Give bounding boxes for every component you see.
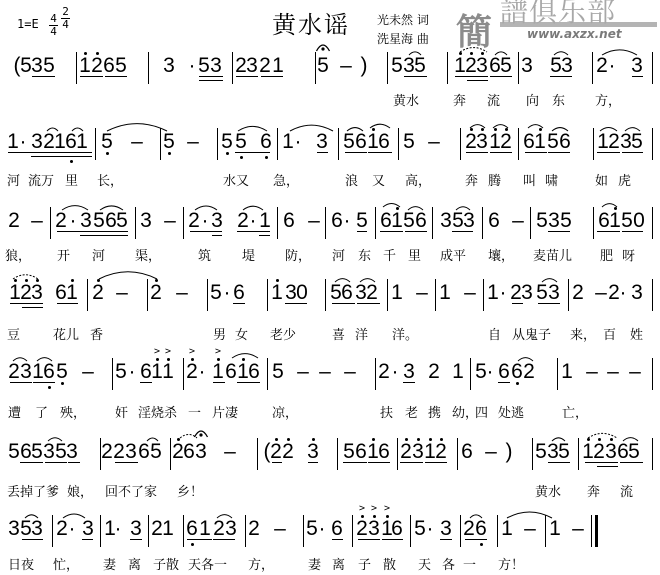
lyric-syllable: 浪	[345, 170, 358, 186]
beam-underline	[45, 462, 67, 463]
beam-underline	[525, 152, 547, 153]
beam-underline	[199, 80, 223, 81]
beam-underline	[115, 462, 138, 463]
lyric-syllable: 啸	[545, 170, 558, 186]
lyric-syllable: 散	[383, 554, 396, 570]
lyric-syllable: 凉，	[272, 402, 298, 418]
slur-arc	[470, 515, 482, 518]
lyric-syllable: 殃，	[60, 402, 86, 418]
slur-arc	[456, 207, 470, 210]
lyric-syllable: 方，	[595, 90, 621, 106]
lyric-syllable: 黄水	[393, 90, 419, 106]
lyric-syllable: 急，	[273, 170, 299, 186]
slur-arc	[147, 438, 158, 441]
octave-dot-low	[240, 156, 243, 159]
lyric-syllable: 壤，	[488, 245, 514, 261]
lyricist-credit: 光未然 词	[377, 11, 429, 28]
lyric-syllable: 奔	[587, 481, 600, 497]
slur-arc	[625, 128, 640, 131]
beam-underline	[199, 76, 223, 77]
beam-underline	[233, 303, 245, 304]
lyric-syllable: 一	[463, 554, 476, 570]
octave-dot-low	[480, 543, 483, 546]
key-signature: 1=E	[17, 17, 39, 31]
lyric-syllable: 东	[552, 90, 565, 106]
beam-underline	[425, 462, 447, 463]
beam-underline	[620, 462, 643, 463]
slur-arc	[99, 272, 157, 279]
lyric-syllable: 长，	[97, 170, 123, 186]
octave-dot-low	[106, 152, 109, 155]
lyric-syllable: 扶	[380, 402, 393, 418]
beam-underline	[490, 152, 512, 153]
beam-underline	[235, 152, 270, 153]
slur-layer	[0, 34, 660, 74]
lyric-syllable: 子散	[153, 554, 179, 570]
beam-underline	[57, 231, 128, 232]
lyric-syllable: 处逃	[498, 402, 524, 418]
beam-underline	[403, 382, 415, 383]
beam-underline	[259, 235, 270, 236]
beam-underline	[10, 303, 43, 304]
lyric-syllable: 方！	[498, 554, 524, 570]
lyric-syllable: 狼，	[5, 245, 31, 261]
beam-underline	[82, 539, 93, 540]
beam-underline	[548, 462, 570, 463]
slur-arc	[542, 279, 557, 282]
beam-underline	[585, 462, 618, 463]
slur-arc	[347, 128, 363, 131]
beam-underline	[20, 462, 43, 463]
lyric-syllable: 喜	[332, 324, 345, 340]
slur-arc	[47, 128, 58, 131]
lyric-syllable: 日夜	[8, 554, 34, 570]
lyric-syllable: 花儿	[53, 324, 79, 340]
beam-underline	[440, 539, 452, 540]
slur-arc	[238, 126, 267, 131]
octave-dot-low	[61, 382, 64, 385]
slur-arc	[370, 124, 390, 128]
lyric-syllable: 老少	[270, 324, 296, 340]
lyric-syllable: 向	[526, 90, 539, 106]
beam-underline	[538, 303, 560, 304]
lyric-syllable: 姓	[630, 324, 643, 340]
beam-underline	[237, 382, 260, 383]
beam-underline	[272, 462, 282, 463]
slur-arc	[554, 52, 568, 55]
octave-dot-low	[168, 152, 171, 155]
beam-underline	[285, 303, 307, 304]
lyric-syllable: 回不了家	[105, 481, 157, 497]
beam-underline	[33, 382, 55, 383]
octave-dot-low	[516, 382, 519, 385]
slur-arc	[243, 206, 263, 210]
beam-underline	[68, 462, 80, 463]
lyric-syllable: 千	[383, 245, 396, 261]
beam-underline	[345, 152, 367, 153]
lyric-syllable: 忙，	[53, 554, 79, 570]
beam-underline	[130, 539, 142, 540]
slur-arc	[470, 125, 485, 128]
beam-underline	[548, 152, 570, 153]
lyric-syllable: 奸	[115, 402, 128, 418]
lyric-syllable: 叫	[523, 170, 536, 186]
slur-arc	[408, 207, 423, 210]
slur-layer	[0, 261, 660, 301]
lyric-syllable: 河	[332, 245, 345, 261]
slur-arc	[495, 52, 507, 55]
slur-arc	[13, 275, 38, 279]
lyric-syllable: 水又	[223, 170, 249, 186]
slur-layer	[0, 110, 660, 150]
lyric-syllable: 堤	[242, 245, 255, 261]
lyric-syllable: 携	[428, 402, 441, 418]
lyric-syllable: 奔	[453, 90, 466, 106]
beam-underline	[404, 76, 427, 77]
beam-underline	[22, 539, 43, 540]
lyric-syllable: 流	[620, 481, 633, 497]
beam-underline	[490, 76, 512, 77]
slur-arc	[37, 358, 52, 361]
lyric-syllable: 子	[358, 554, 371, 570]
lyric-syllable: 片凄	[212, 402, 238, 418]
beam-underline	[382, 539, 403, 540]
beam-underline	[105, 76, 127, 77]
lyric-syllable: 黄水	[535, 481, 561, 497]
lyric-syllable: 天	[418, 554, 431, 570]
octave-dot-low	[48, 386, 51, 389]
beam-underline	[357, 303, 380, 304]
lyric-syllable: 麦苗儿	[533, 245, 572, 261]
lyric-syllable: 河	[92, 245, 105, 261]
lyric-syllable: 洋	[355, 324, 368, 340]
slur-arc	[588, 433, 617, 438]
beam-underline	[405, 231, 427, 232]
beam-underline	[512, 303, 523, 304]
watermark-text: 譜俱乐部	[500, 0, 616, 30]
beam-underline	[597, 466, 618, 467]
octave-dot-low	[70, 160, 73, 163]
lyric-syllable: 开	[57, 245, 70, 261]
slur-arc	[180, 434, 197, 438]
lyric-syllable: 又	[372, 170, 385, 186]
lyric-syllable: 成平	[440, 245, 466, 261]
beam-underline	[10, 382, 32, 383]
slur-arc	[232, 354, 258, 358]
beam-underline	[32, 76, 55, 77]
lyric-syllable: 里	[408, 245, 421, 261]
slur-arc	[602, 204, 617, 207]
lyric-syllable: 离	[128, 554, 141, 570]
slur-layer	[0, 340, 660, 380]
beam-underline	[187, 539, 212, 540]
beam-underline	[343, 462, 367, 463]
lyric-syllable: 如	[595, 170, 608, 186]
beam-underline	[548, 231, 570, 232]
beam-underline	[8, 152, 92, 153]
lyric-syllable: 娘，	[67, 481, 93, 497]
octave-dot-low	[191, 543, 194, 546]
beam-underline	[213, 539, 235, 540]
slur-arc	[335, 279, 350, 282]
slur-arc	[360, 279, 375, 282]
beam-underline	[368, 152, 392, 153]
beam-underline	[237, 231, 270, 232]
beam-underline	[357, 231, 367, 232]
beam-underline	[455, 76, 488, 77]
lyric-syllable: 丢掉了爹	[7, 481, 59, 497]
beam-underline	[140, 382, 152, 383]
lyric-syllable: 香	[90, 324, 103, 340]
lyric-syllable: 来，	[570, 324, 596, 340]
lyric-syllable: 防，	[285, 245, 311, 261]
lyric-syllable: 淫烧杀	[138, 402, 177, 418]
slur-arc	[602, 50, 637, 55]
slur-arc	[195, 206, 217, 210]
lyric-syllable: 四	[475, 402, 488, 418]
lyric-syllable: 筑	[198, 245, 211, 261]
lyric-syllable: 一	[188, 402, 201, 418]
slur-arc	[409, 52, 421, 55]
beam-underline	[498, 382, 510, 383]
beam-underline	[332, 303, 355, 304]
beam-underline	[358, 539, 380, 540]
beam-underline	[261, 76, 283, 77]
lyric-syllable: 自	[488, 324, 501, 340]
lyric-syllable: 从鬼子	[512, 324, 551, 340]
lyric-syllable: 妻	[103, 554, 116, 570]
beam-underline	[465, 539, 487, 540]
slur-arc	[290, 125, 333, 131]
lyric-syllable: 老	[405, 402, 418, 418]
slur-arc	[507, 512, 552, 518]
beam-underline	[212, 235, 222, 236]
time-signature-2-4: 2 4	[61, 7, 70, 30]
beam-underline	[622, 152, 643, 153]
beam-underline	[622, 231, 643, 232]
beam-underline	[80, 76, 103, 77]
lyric-syllable: 妻	[308, 554, 321, 570]
beam-underline	[57, 303, 78, 304]
lyric-syllable: 肥	[600, 245, 613, 261]
beam-underline	[597, 231, 620, 232]
lyric-syllable: 女	[235, 324, 248, 340]
octave-dot-low	[226, 152, 229, 155]
slur-arc	[552, 438, 565, 441]
slur-arc	[100, 206, 123, 210]
slur-arc	[63, 514, 85, 518]
octave-dot-low	[265, 156, 268, 159]
beam-underline	[332, 539, 343, 540]
lyric-syllable: 渠，	[135, 245, 161, 261]
time-signature-denominator: 4	[61, 19, 70, 30]
beam-underline	[368, 462, 390, 463]
slur-arc	[552, 128, 568, 131]
lyric-syllable: 流	[487, 90, 500, 106]
beam-underline	[308, 462, 318, 463]
slur-arc	[383, 203, 400, 207]
lyric-syllable: 里	[65, 170, 78, 186]
lyric-syllable: 男	[213, 324, 226, 340]
lyric-syllable: 高，	[405, 170, 431, 186]
lyric-syllable: 亡，	[562, 402, 588, 418]
slur-arc	[217, 515, 232, 518]
lyric-syllable: 方，	[248, 554, 274, 570]
lyric-syllable: 奔	[465, 170, 478, 186]
slur-layer	[0, 497, 660, 537]
beam-underline	[213, 382, 225, 383]
lyric-syllable: 乡！	[177, 481, 203, 497]
lyric-syllable: 天各一	[188, 554, 227, 570]
slur-arc	[460, 48, 487, 52]
slur-arc	[518, 358, 533, 361]
beam-underline	[22, 307, 43, 308]
beam-underline	[467, 80, 488, 81]
slur-arc	[600, 127, 617, 131]
lyric-syllable: 河	[7, 170, 20, 186]
lyric-syllable: 流万	[28, 170, 54, 186]
beam-underline	[380, 231, 403, 232]
lyric-syllable: 豆	[7, 324, 20, 340]
beam-underline	[236, 76, 258, 77]
lyric-syllable: 离	[332, 554, 345, 570]
slur-arc	[493, 125, 508, 128]
beam-underline	[632, 76, 643, 77]
slur-arc	[528, 125, 543, 128]
slur-arc	[48, 438, 62, 441]
lyric-syllable: 遭	[8, 402, 21, 418]
slur-arc	[72, 128, 83, 131]
slur-layer	[0, 189, 660, 229]
beam-underline	[466, 152, 488, 153]
slur-arc	[25, 515, 38, 518]
slur-arc	[62, 206, 88, 210]
beam-underline	[452, 231, 473, 232]
lyric-syllable: 百	[603, 324, 616, 340]
beam-underline	[190, 231, 222, 232]
slur-layer	[0, 420, 660, 460]
lyric-syllable: 东	[358, 245, 371, 261]
slur-arc	[107, 124, 167, 131]
lyric-syllable: 呀	[622, 245, 635, 261]
beam-underline	[597, 152, 620, 153]
lyric-syllable: 虎	[618, 170, 631, 186]
slur-arc	[13, 358, 27, 361]
beam-underline	[317, 152, 328, 153]
beam-underline	[400, 462, 423, 463]
lyric-syllable: 了	[35, 402, 48, 418]
beam-underline	[31, 156, 92, 157]
lyric-syllable: 各	[442, 554, 455, 570]
beam-underline	[80, 235, 128, 236]
lyric-syllable: 洋。	[392, 324, 418, 340]
beam-underline	[550, 76, 572, 77]
slur-arc	[623, 438, 638, 441]
lyric-syllable: 腾	[488, 170, 501, 186]
